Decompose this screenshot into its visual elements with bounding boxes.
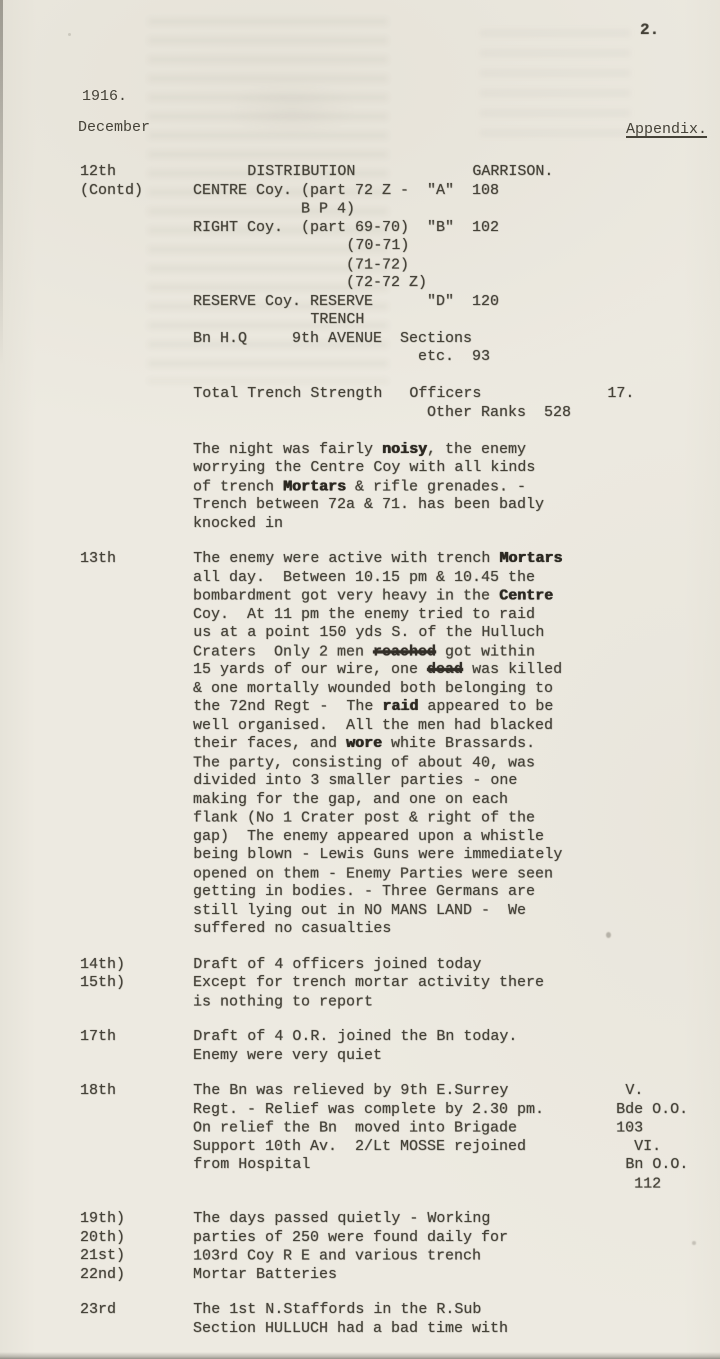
text-line: Draft of 4 officers joined today	[193, 956, 720, 975]
date-line: 15th)	[80, 974, 193, 993]
text-line: of trench Mortars & rifle grenades. -	[193, 478, 720, 497]
year-label: 1916.	[82, 88, 127, 107]
text-line: divided into 3 smaller parties - one	[193, 772, 720, 791]
date-line: 12th	[80, 163, 193, 182]
diary-entry: 14th)15th)Draft of 4 officers joined tod…	[80, 956, 720, 1012]
text-line: Mortar Batteries	[193, 1266, 720, 1285]
text-line: B P 4)	[193, 200, 720, 219]
text-line: etc. 93	[193, 348, 720, 367]
paper-speck	[606, 932, 611, 938]
text-line: being blown - Lewis Guns were immediatel…	[193, 846, 720, 865]
page-number: 2.	[640, 21, 659, 40]
text-line: opened on them - Enemy Parties were seen	[193, 865, 720, 884]
entry-date-column: 14th)15th)	[80, 956, 193, 993]
text-line: getting in bodies. - Three Germans are	[193, 883, 720, 902]
date-line: 19th)	[80, 1210, 193, 1229]
entry-date-column: 23rd	[80, 1301, 193, 1320]
text-line: The Bn was relieved by 9th E.Surrey V.	[193, 1082, 720, 1101]
diary-entry: 17thDraft of 4 O.R. joined the Bn today.…	[80, 1028, 720, 1065]
entry-date-column: 19th)20th)21st)22nd)	[80, 1210, 193, 1284]
text-line: their faces, and wore white Brassards.	[193, 735, 720, 754]
scan-edge-left	[0, 0, 3, 430]
text-line: 15 yards of our wire, one dead was kille…	[193, 661, 720, 680]
text-line: worrying the Centre Coy with all kinds	[193, 459, 720, 478]
date-line: 20th)	[80, 1229, 193, 1248]
date-line: 14th)	[80, 956, 193, 975]
text-line: Except for trench mortar activity there	[193, 974, 720, 993]
text-line: suffered no casualties	[193, 920, 720, 939]
text-line: (70-71)	[193, 237, 720, 256]
date-line: 22nd)	[80, 1266, 193, 1285]
text-line: all day. Between 10.15 pm & 10.45 the	[193, 569, 720, 588]
text-line: Craters Only 2 men reached got within	[193, 643, 720, 662]
text-line: well organised. All the men had blacked	[193, 717, 720, 736]
diary-entry: 12th(Contd) DISTRIBUTION GARRISON.CENTRE…	[80, 163, 720, 533]
text-line: The enemy were active with trench Mortar…	[193, 550, 720, 569]
entry-date-column: 17th	[80, 1028, 193, 1047]
text-line: Section HULLUCH had a bad time with	[193, 1320, 720, 1339]
entry-body: The Bn was relieved by 9th E.Surrey V.Re…	[193, 1082, 720, 1193]
text-line: Enemy were very quiet	[193, 1047, 720, 1066]
text-line: The days passed quietly - Working	[193, 1210, 720, 1229]
entry-body: DISTRIBUTION GARRISON.CENTRE Coy. (part …	[193, 163, 720, 533]
text-line: bombardment got very heavy in the Centre	[193, 587, 720, 606]
text-line: Regt. - Relief was complete by 2.30 pm. …	[193, 1101, 720, 1120]
text-line: TRENCH	[193, 311, 720, 330]
diary-entry: 23rdThe 1st N.Staffords in the R.SubSect…	[80, 1301, 720, 1338]
text-line: Bn H.Q 9th AVENUE Sections	[193, 330, 720, 349]
appendix-label: Appendix.	[626, 121, 707, 140]
text-line: Other Ranks 528	[193, 404, 720, 423]
text-line: flank (No 1 Crater post & right of the	[193, 809, 720, 828]
date-line: 13th	[80, 550, 193, 569]
text-line: still lying out in NO MANS LAND - We	[193, 902, 720, 921]
text-line: is nothing to report	[193, 993, 720, 1012]
paper-speck	[68, 33, 71, 36]
text-line: & one mortally wounded both belonging to	[193, 680, 720, 699]
diary-entry: 18thThe Bn was relieved by 9th E.Surrey …	[80, 1082, 720, 1193]
entry-date-column: 13th	[80, 550, 193, 569]
scan-edge-bottom	[0, 1352, 720, 1359]
text-line: Draft of 4 O.R. joined the Bn today.	[193, 1028, 720, 1047]
paper-speck	[692, 1241, 696, 1245]
text-line: Coy. At 11 pm the enemy tried to raid	[193, 606, 720, 625]
entry-body: Draft of 4 officers joined todayExcept f…	[193, 956, 720, 1012]
date-line: 21st)	[80, 1247, 193, 1266]
text-line: RESERVE Coy. RESERVE "D" 120	[193, 293, 720, 312]
text-line: The party, consisting of about 40, was	[193, 754, 720, 773]
entry-body: Draft of 4 O.R. joined the Bn today.Enem…	[193, 1028, 720, 1065]
text-line: from Hospital Bn O.O.	[193, 1156, 720, 1175]
entry-body: The 1st N.Staffords in the R.SubSection …	[193, 1301, 720, 1338]
ink-bleedthrough-texture	[480, 30, 630, 150]
diary-page-scan: 2. 1916. December Appendix. 12th(Contd) …	[0, 0, 720, 1359]
text-line	[193, 367, 720, 386]
text-line: RIGHT Coy. (part 69-70) "B" 102	[193, 219, 720, 238]
text-line: The 1st N.Staffords in the R.Sub	[193, 1301, 720, 1320]
text-line: On relief the Bn moved into Brigade 103	[193, 1119, 720, 1138]
text-line: Trench between 72a & 71. has been badly	[193, 496, 720, 515]
month-label: December	[78, 119, 150, 138]
diary-entries: 12th(Contd) DISTRIBUTION GARRISON.CENTRE…	[80, 163, 720, 1355]
date-line: (Contd)	[80, 182, 193, 201]
entry-body: The enemy were active with trench Mortar…	[193, 550, 720, 939]
text-line: (72-72 Z)	[193, 274, 720, 293]
text-line: Support 10th Av. 2/Lt MOSSE rejoined VI.	[193, 1138, 720, 1157]
text-line: us at a point 150 yds S. of the Hulluch	[193, 624, 720, 643]
text-line: 103rd Coy R E and various trench	[193, 1247, 720, 1266]
date-line: 18th	[80, 1082, 193, 1101]
text-line: knocked in	[193, 515, 720, 534]
date-line: 17th	[80, 1028, 193, 1047]
text-line: The night was fairly noisy, the enemy	[193, 441, 720, 460]
text-line: (71-72)	[193, 256, 720, 275]
text-line: CENTRE Coy. (part 72 Z - "A" 108	[193, 182, 720, 201]
date-line: 23rd	[80, 1301, 193, 1320]
text-line: Total Trench Strength Officers 17.	[193, 385, 720, 404]
diary-entry: 13thThe enemy were active with trench Mo…	[80, 550, 720, 939]
entry-date-column: 18th	[80, 1082, 193, 1101]
entry-body: The days passed quietly - Workingparties…	[193, 1210, 720, 1284]
text-line: parties of 250 were found daily for	[193, 1229, 720, 1248]
text-line: making for the gap, and one on each	[193, 791, 720, 810]
text-line	[193, 422, 720, 441]
diary-entry: 19th)20th)21st)22nd)The days passed quie…	[80, 1210, 720, 1284]
text-line: 112	[193, 1175, 720, 1194]
entry-date-column: 12th(Contd)	[80, 163, 193, 200]
text-line: gap) The enemy appeared upon a whistle	[193, 828, 720, 847]
text-line: DISTRIBUTION GARRISON.	[193, 163, 720, 182]
text-line: the 72nd Regt - The raid appeared to be	[193, 698, 720, 717]
